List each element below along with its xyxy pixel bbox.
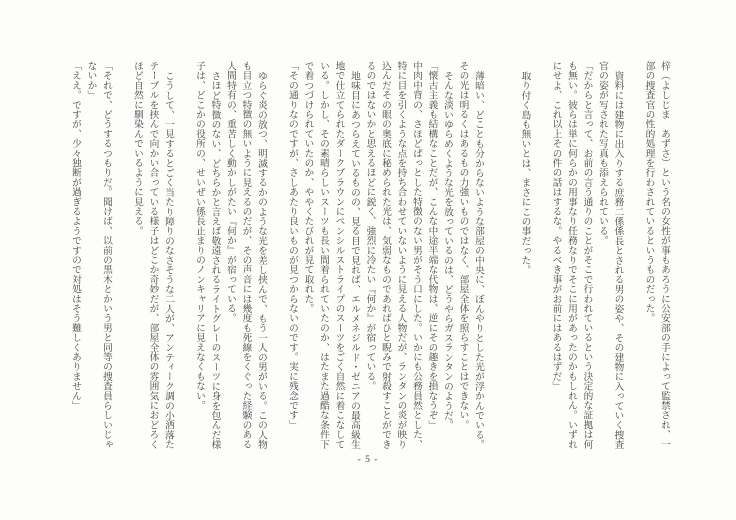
page-number: - 5 - <box>0 455 736 465</box>
paragraph: 「その通りなのですが、さしあたり良いものが見つからないのです。実に残念です」 <box>285 61 301 453</box>
paragraph: 「ええ。ですが、少々独断が過ぎるようですので対処はそう難しくありません」 <box>68 61 84 453</box>
paragraph: こうして、一見するとごく当たり障りのなさそうな二人が、アンティーク調の小洒落たテ… <box>130 61 177 453</box>
paragraph: 「だからと言って、お前の言う通りのことがそこで行われているという決定的な証拠は何… <box>548 61 595 453</box>
paragraph: 「それで、どうするつもりだ。聞けば、以前の黒木とかいう男と同等の捜査員らしいじゃ… <box>83 61 114 453</box>
paragraph: そんな淡いゆらめくような光を放っているのは、どうやらガスランタンのようだ。 <box>440 61 456 453</box>
paragraph-gap <box>176 61 192 453</box>
paragraph: 梓（よしじま あずさ）という名の女性が事もあろうに公安部の手によって監禁され、一… <box>641 61 672 453</box>
novel-page: 梓（よしじま あずさ）という名の女性が事もあろうに公安部の手によって監禁され、一… <box>0 0 736 520</box>
paragraph: 中肉中背の、さほどぱっとした特徴のない男がそう口にした。いかにも公務員然とした、… <box>362 61 424 453</box>
paragraph: 「懐古主義も結構なことだが、こんな中途半端な代物は、逆にその趣きを損なうぞ」 <box>424 61 440 453</box>
paragraph-gap <box>269 61 285 453</box>
paragraph-gap <box>486 61 517 453</box>
paragraph: さほど特徴のない、どちらかと言えば敬遠されるライトグレーのスーツに身を包んだ様子… <box>192 61 223 453</box>
paragraph: 地味目にあつらえているものの、見る目で見れば、エルメネジルド・ゼニアの最高級生地… <box>300 61 362 453</box>
paragraph: 取り付く島も無いとは、まさにこの事だった。 <box>517 61 533 453</box>
paragraph: 薄暗い、どことも分からないような部屋の中央に、ぼんやりとした光が浮かんでいる。そ… <box>455 61 486 453</box>
text-body: 梓（よしじま あずさ）という名の女性が事もあろうに公安部の手によって監禁され、一… <box>68 61 673 453</box>
paragraph: ゆらぐ炎の放つ、明滅するかのような光を差し挟んで、もう一人の男がいる。この人物も… <box>223 61 270 453</box>
paragraph-gap <box>626 61 642 453</box>
paragraph-gap <box>533 61 549 453</box>
paragraph: 資料には建物に出入りする庶務二係係長とされる男の姿や、その建物に入っていく捜査官… <box>595 61 626 453</box>
paragraph-gap <box>114 61 130 453</box>
